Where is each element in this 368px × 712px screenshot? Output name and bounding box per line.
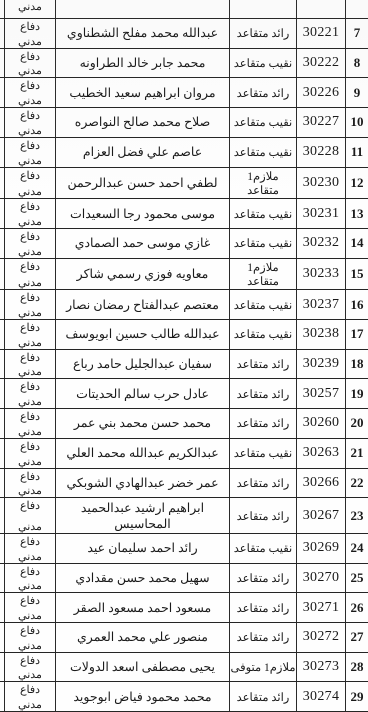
rank-cell: رائد متقاعد — [229, 564, 296, 593]
rownum-cell: 22 — [345, 469, 368, 498]
rank-cell: رائد متقاعد — [229, 623, 296, 652]
name-cell: سفيان عبدالجليل حامد رباع — [55, 350, 229, 379]
id-cell: 30263 — [296, 439, 345, 468]
name-cell: موسى محمود رجا السعيدات — [55, 199, 229, 228]
id-cell: 30231 — [296, 199, 345, 228]
unit-label-line1: دفاع — [20, 381, 40, 393]
rank-cell: رائد متقاعد — [229, 498, 296, 533]
unit-label-line2: مدني — [18, 669, 42, 681]
rownum-cell-empty — [345, 0, 368, 18]
rownum-cell: 16 — [345, 290, 368, 319]
id-cell: 30228 — [296, 138, 345, 167]
id-cell: 30232 — [296, 229, 345, 258]
rownum-cell: 20 — [345, 409, 368, 438]
table-row: دفاعمدنيمحمد حسن محمد بني عمررائد متقاعد… — [0, 409, 368, 439]
rownum-cell: 7 — [345, 19, 368, 48]
unit-label-line1: دفاع — [20, 231, 40, 243]
rownum-cell: 15 — [345, 259, 368, 290]
id-cell: 30257 — [296, 379, 345, 408]
unit-label-line2: مدني — [18, 186, 42, 198]
unit-cell: دفاعمدني — [4, 259, 55, 290]
unit-label-line1: دفاع — [20, 352, 40, 364]
unit-label-line2: مدني — [18, 426, 42, 438]
rownum-cell: 21 — [345, 439, 368, 468]
rank-cell: رائد متقاعد — [229, 19, 296, 48]
id-cell: 30269 — [296, 534, 345, 563]
rank-cell: نقيب متقاعد — [229, 320, 296, 349]
id-cell: 30272 — [296, 623, 345, 652]
name-cell: مسعود احمد مسعود الصقر — [55, 593, 229, 622]
unit-label-line2: مدني — [18, 216, 42, 228]
name-cell: سهيل محمد حسن مقدادي — [55, 564, 229, 593]
id-cell: 30274 — [296, 682, 345, 711]
unit-label-line1: دفاع — [20, 471, 40, 483]
name-cell: لطفي احمد حسن عبدالرحمن — [55, 168, 229, 199]
name-cell: عمر خضر عبدالهادي الشوبكي — [55, 469, 229, 498]
name-cell: يحيى مصطفى اسعد الدولات — [55, 653, 229, 682]
unit-cell: دفاعمدني — [4, 469, 55, 498]
unit-label-partial: مدني — [18, 1, 42, 13]
rank-cell: رائد متقاعد — [229, 350, 296, 379]
unit-cell: دفاعمدني — [4, 439, 55, 468]
name-cell: ابراهيم ارشيد عبدالحميد المحاسيس — [55, 498, 229, 533]
id-cell: 30271 — [296, 593, 345, 622]
unit-label-line1: دفاع — [20, 261, 40, 273]
table-row: دفاعمدنييحيى مصطفى اسعد الدولاتملازم1 مت… — [0, 653, 368, 683]
name-cell: صلاح محمد صالح النواصره — [55, 108, 229, 137]
unit-cell: دفاعمدني — [4, 564, 55, 593]
table-row: دفاعمدنيمعاويه فوزي رسمي شاكرملازم1 متقا… — [0, 259, 368, 291]
unit-label-line1: دفاع — [20, 655, 40, 667]
id-cell: 30222 — [296, 49, 345, 78]
id-cell: 30233 — [296, 259, 345, 290]
unit-cell: دفاعمدني — [4, 682, 55, 711]
name-cell: محمد حسن محمد بني عمر — [55, 409, 229, 438]
rownum-cell: 27 — [345, 623, 368, 652]
unit-label-line2: مدني — [18, 246, 42, 258]
unit-label-line1: دفاع — [20, 51, 40, 63]
name-cell: منصور علي محمد العمري — [55, 623, 229, 652]
unit-cell-partial: مدني — [4, 0, 55, 18]
unit-label-line2: مدني — [18, 36, 42, 48]
rownum-cell: 8 — [345, 49, 368, 78]
id-cell: 30260 — [296, 409, 345, 438]
unit-label-line1: دفاع — [20, 500, 40, 512]
unit-cell: دفاعمدني — [4, 78, 55, 107]
unit-label-line2: مدني — [18, 456, 42, 468]
unit-cell: دفاعمدني — [4, 409, 55, 438]
table-row: دفاعمدنيابراهيم ارشيد عبدالحميد المحاسيس… — [0, 498, 368, 534]
unit-cell: دفاعمدني — [4, 290, 55, 319]
rownum-cell: 25 — [345, 564, 368, 593]
rank-cell: نقيب متقاعد — [229, 534, 296, 563]
rank-cell-empty — [229, 0, 296, 18]
table-row: دفاعمدنيرائد احمد سليمان عيدنقيب متقاعد3… — [0, 534, 368, 564]
id-cell: 30239 — [296, 350, 345, 379]
rownum-cell: 17 — [345, 320, 368, 349]
rownum-cell: 29 — [345, 682, 368, 711]
unit-label-line1: دفاع — [20, 536, 40, 548]
unit-label-line2: مدني — [18, 699, 42, 711]
scanned-roster-page: مدني دفاعمدنيعبدالله محمد مفلح الشطناوير… — [0, 0, 368, 712]
table-row: دفاعمدنيعبدالله محمد مفلح الشطناويرائد م… — [0, 19, 368, 49]
unit-label-line1: دفاع — [20, 201, 40, 213]
unit-label-line2: مدني — [18, 610, 42, 622]
partial-top-row: مدني — [0, 0, 368, 19]
rank-cell: ملازم1 متوفى — [229, 653, 296, 682]
rownum-cell: 23 — [345, 498, 368, 533]
unit-label-line1: دفاع — [20, 21, 40, 33]
unit-label-line2: مدني — [18, 640, 42, 652]
rank-cell: نقيب متقاعد — [229, 49, 296, 78]
unit-cell: دفاعمدني — [4, 19, 55, 48]
id-cell: 30237 — [296, 290, 345, 319]
table-row: دفاعمدنيلطفي احمد حسن عبدالرحمنملازم1 مت… — [0, 168, 368, 200]
rownum-cell: 28 — [345, 653, 368, 682]
name-cell: مروان ابراهيم سعيد الخطيب — [55, 78, 229, 107]
id-cell: 30238 — [296, 320, 345, 349]
unit-label-line1: دفاع — [20, 170, 40, 182]
id-cell: 30221 — [296, 19, 345, 48]
name-cell: محمد جابر خالد الطراونه — [55, 49, 229, 78]
rank-cell: ملازم1 متقاعد — [229, 259, 296, 290]
table-row: دفاعمدنيمسعود احمد مسعود الصقررائد متقاع… — [0, 593, 368, 623]
rank-cell: نقيب متقاعد — [229, 199, 296, 228]
unit-cell: دفاعمدني — [4, 623, 55, 652]
rank-cell: نقيب متقاعد — [229, 290, 296, 319]
unit-label-line2: مدني — [18, 307, 42, 319]
id-cell: 30266 — [296, 469, 345, 498]
table-row: دفاعمدنيعادل حرب سالم الحديتاترائد متقاع… — [0, 379, 368, 409]
table-row: دفاعمدنيعاصم علي فضل العزامنقيب متقاعد30… — [0, 138, 368, 168]
unit-cell: دفاعمدني — [4, 108, 55, 137]
unit-cell: دفاعمدني — [4, 168, 55, 199]
unit-label-line1: دفاع — [20, 625, 40, 637]
table-row: دفاعمدنيمحمد جابر خالد الطراونهنقيب متقا… — [0, 49, 368, 79]
unit-label-line1: دفاع — [20, 140, 40, 152]
table-row: دفاعمدنيعبدالكريم عبدالله محمد العلينقيب… — [0, 439, 368, 469]
unit-cell: دفاعمدني — [4, 350, 55, 379]
rank-cell: نقيب متقاعد — [229, 108, 296, 137]
rank-cell: رائد متقاعد — [229, 78, 296, 107]
unit-label-line2: مدني — [18, 337, 42, 349]
unit-cell: دفاعمدني — [4, 320, 55, 349]
rownum-cell: 12 — [345, 168, 368, 199]
table-row: دفاعمدنيمحمد محمود فياض ابوجويدرائد متقا… — [0, 682, 368, 712]
unit-label-line1: دفاع — [20, 110, 40, 122]
name-cell: محمد محمود فياض ابوجويد — [55, 682, 229, 711]
table-row: دفاعمدنيسهيل محمد حسن مقداديرائد متقاعد3… — [0, 564, 368, 594]
unit-cell: دفاعمدني — [4, 49, 55, 78]
name-cell-empty — [55, 0, 229, 18]
unit-cell: دفاعمدني — [4, 593, 55, 622]
rownum-cell: 18 — [345, 350, 368, 379]
name-cell: غازي موسى حمد الصمادي — [55, 229, 229, 258]
rank-cell: نقيب متقاعد — [229, 229, 296, 258]
unit-cell: دفاعمدني — [4, 199, 55, 228]
id-cell: 30270 — [296, 564, 345, 593]
unit-label-line2: مدني — [18, 485, 42, 497]
name-cell: عبدالله طالب حسين ابويوسف — [55, 320, 229, 349]
name-cell: عبدالله محمد مفلح الشطناوي — [55, 19, 229, 48]
rank-cell: رائد متقاعد — [229, 593, 296, 622]
unit-cell: دفاعمدني — [4, 534, 55, 563]
name-cell: رائد احمد سليمان عيد — [55, 534, 229, 563]
unit-cell: دفاعمدني — [4, 138, 55, 167]
rank-cell: ملازم1 متقاعد — [229, 168, 296, 199]
table-row: دفاعمدنيمروان ابراهيم سعيد الخطيبرائد مت… — [0, 78, 368, 108]
rownum-cell: 13 — [345, 199, 368, 228]
unit-label-line2: مدني — [18, 65, 42, 77]
unit-cell: دفاعمدني — [4, 653, 55, 682]
rownum-cell: 10 — [345, 108, 368, 137]
unit-label-line2: مدني — [18, 580, 42, 592]
rank-cell: رائد متقاعد — [229, 379, 296, 408]
unit-label-line1: دفاع — [20, 292, 40, 304]
unit-label-line2: مدني — [18, 521, 42, 533]
unit-label-line1: دفاع — [20, 684, 40, 696]
unit-label-line2: مدني — [18, 551, 42, 563]
table-row: دفاعمدنيمعتصم عبدالفتاح رمضان نصارنقيب م… — [0, 290, 368, 320]
unit-label-line2: مدني — [18, 125, 42, 137]
rownum-cell: 24 — [345, 534, 368, 563]
unit-cell: دفاعمدني — [4, 379, 55, 408]
rownum-cell: 19 — [345, 379, 368, 408]
rank-cell: نقيب متقاعد — [229, 138, 296, 167]
id-cell: 30267 — [296, 498, 345, 533]
rank-cell: رائد متقاعد — [229, 469, 296, 498]
name-cell: معاويه فوزي رسمي شاكر — [55, 259, 229, 290]
id-cell: 30226 — [296, 78, 345, 107]
id-cell: 30230 — [296, 168, 345, 199]
unit-label-line1: دفاع — [20, 411, 40, 423]
unit-cell: دفاعمدني — [4, 229, 55, 258]
table-row: دفاعمدنيموسى محمود رجا السعيداتنقيب متقا… — [0, 199, 368, 229]
unit-label-line2: مدني — [18, 277, 42, 289]
rownum-cell: 14 — [345, 229, 368, 258]
unit-label-line1: دفاع — [20, 80, 40, 92]
rownum-cell: 26 — [345, 593, 368, 622]
unit-label-line1: دفاع — [20, 566, 40, 578]
rank-cell: نقيب متقاعد — [229, 439, 296, 468]
id-cell-empty — [296, 0, 345, 18]
id-cell: 30227 — [296, 108, 345, 137]
name-cell: عادل حرب سالم الحديتات — [55, 379, 229, 408]
table-row: دفاعمدنيسفيان عبدالجليل حامد رباعرائد مت… — [0, 350, 368, 380]
name-cell: عبدالكريم عبدالله محمد العلي — [55, 439, 229, 468]
rownum-cell: 9 — [345, 78, 368, 107]
table-row: دفاعمدنيصلاح محمد صالح النواصرهنقيب متقا… — [0, 108, 368, 138]
table-row: دفاعمدنيمنصور علي محمد العمريرائد متقاعد… — [0, 623, 368, 653]
table-row: دفاعمدنيعمر خضر عبدالهادي الشوبكيرائد مت… — [0, 469, 368, 499]
rank-cell: رائد متقاعد — [229, 409, 296, 438]
table-row: دفاعمدنيغازي موسى حمد الصمادينقيب متقاعد… — [0, 229, 368, 259]
name-cell: عاصم علي فضل العزام — [55, 138, 229, 167]
unit-label-line2: مدني — [18, 396, 42, 408]
id-cell: 30273 — [296, 653, 345, 682]
unit-label-line1: دفاع — [20, 441, 40, 453]
unit-label-line2: مدني — [18, 95, 42, 107]
name-cell: معتصم عبدالفتاح رمضان نصار — [55, 290, 229, 319]
unit-label-line1: دفاع — [20, 595, 40, 607]
unit-cell: دفاعمدني — [4, 498, 55, 533]
unit-label-line2: مدني — [18, 155, 42, 167]
rownum-cell: 11 — [345, 138, 368, 167]
unit-label-line2: مدني — [18, 366, 42, 378]
rank-cell: رائد متقاعد — [229, 682, 296, 711]
unit-label-line1: دفاع — [20, 322, 40, 334]
table-row: دفاعمدنيعبدالله طالب حسين ابويوسفنقيب مت… — [0, 320, 368, 350]
